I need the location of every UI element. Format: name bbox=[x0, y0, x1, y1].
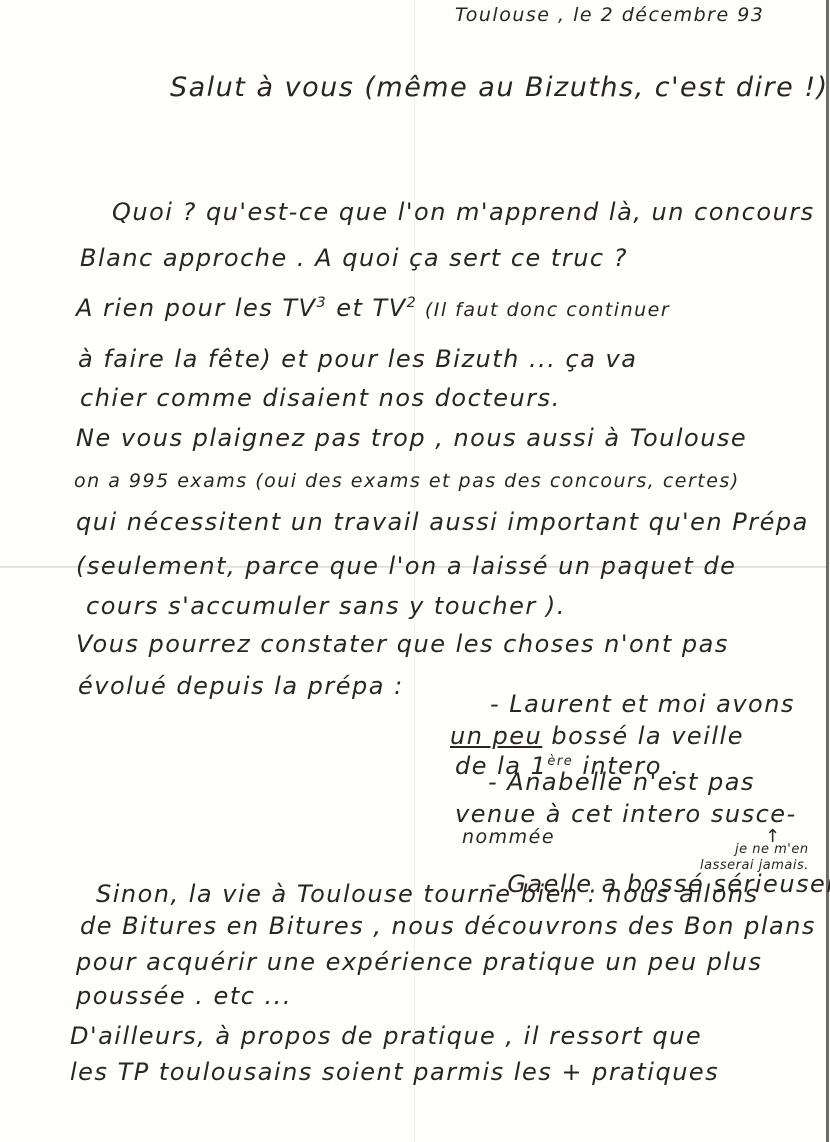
superscript: 3 bbox=[316, 295, 327, 311]
text-span: et TV bbox=[327, 294, 407, 322]
list-item-2-cont: venue à cet intero susce- bbox=[455, 800, 797, 828]
text-line: les TP toulousains soient parmis les + p… bbox=[70, 1058, 719, 1086]
text-line: Vous pourrez constater que les choses n'… bbox=[76, 630, 729, 658]
text-line: on a 995 exams (oui des exams et pas des… bbox=[74, 470, 740, 492]
text-line: à faire la fête) et pour les Bizuth ... … bbox=[78, 345, 637, 373]
text-span: (Il faut donc continuer bbox=[417, 299, 670, 321]
list-item-1: - Laurent et moi avons bbox=[490, 690, 795, 718]
text-span: bossé la veille bbox=[542, 722, 744, 750]
list-item-1-cont: un peu bossé la veille bbox=[450, 722, 744, 750]
greeting: Salut à vous (même au Bizuths, c'est dir… bbox=[170, 72, 829, 103]
text-line: poussée . etc ... bbox=[76, 982, 292, 1010]
list-item-2-cont: nommée bbox=[462, 826, 555, 848]
list-item-2: - Anabelle n'est pas bbox=[488, 768, 755, 796]
text-line: de Bitures en Bitures , nous découvrons … bbox=[80, 912, 816, 940]
superscript: 2 bbox=[407, 295, 418, 311]
superscript: ère bbox=[547, 754, 573, 769]
underlined-text: un peu bbox=[450, 722, 542, 750]
text-line: Ne vous plaignez pas trop , nous aussi à… bbox=[76, 424, 747, 452]
text-line: D'ailleurs, à propos de pratique , il re… bbox=[70, 1022, 702, 1050]
text-line: pour acquérir une expérience pratique un… bbox=[76, 948, 762, 976]
text-line: (seulement, parce que l'on a laissé un p… bbox=[76, 552, 736, 580]
text-line: qui nécessitent un travail aussi importa… bbox=[76, 508, 809, 536]
text-line: évolué depuis la prépa : bbox=[78, 672, 404, 700]
text-line: chier comme disaient nos docteurs. bbox=[80, 384, 561, 412]
text-line: Quoi ? qu'est-ce que l'on m'apprend là, … bbox=[112, 198, 815, 226]
text-line: Blanc approche . A quoi ça sert ce truc … bbox=[80, 244, 628, 272]
letter-page: Toulouse , le 2 décembre 93 Salut à vous… bbox=[0, 0, 829, 1142]
place-date: Toulouse , le 2 décembre 93 bbox=[455, 4, 764, 26]
text-line: A rien pour les TV3 et TV2 (Il faut donc… bbox=[76, 294, 670, 322]
text-line: Sinon, la vie à Toulouse tourne bien : n… bbox=[96, 880, 759, 908]
text-span: A rien pour les TV bbox=[76, 294, 316, 322]
margin-note: je ne m'en bbox=[735, 842, 809, 857]
text-line: cours s'accumuler sans y toucher ). bbox=[86, 592, 566, 620]
